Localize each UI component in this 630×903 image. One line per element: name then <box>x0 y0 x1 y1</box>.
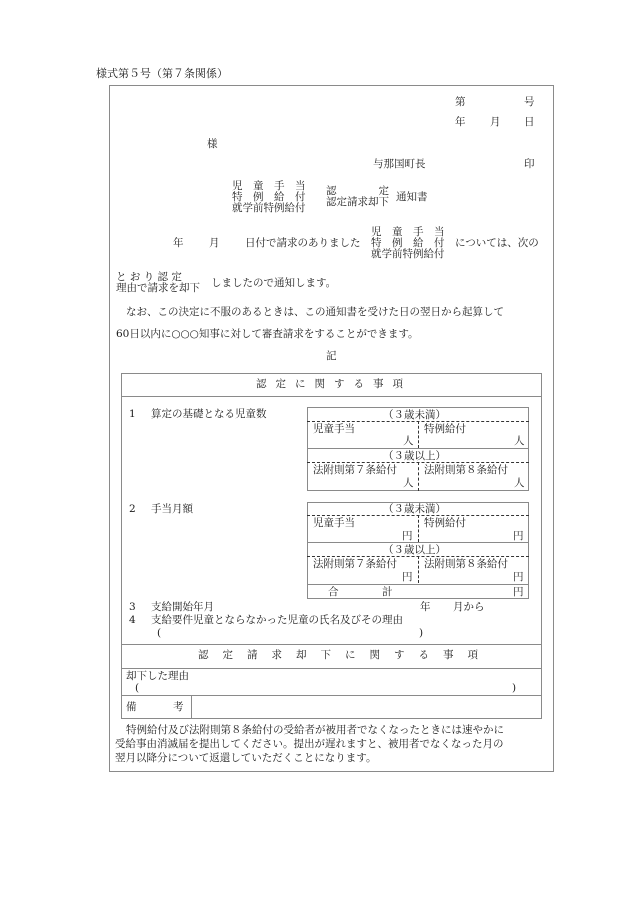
item4-label: 支給要件児童とならなかった児童の氏名及びその理由 <box>151 615 403 626</box>
rejection-reason-label: 却下した理由 <box>126 671 189 682</box>
count-cell-label: 法附則第８条給付 <box>424 465 508 476</box>
body-benefit-options: 児 童 手 当 特 例 給 付 就学前特例給付 <box>371 227 445 260</box>
count-cell-label: 児童手当 <box>313 424 355 435</box>
item4-close-paren: ) <box>419 628 423 639</box>
remarks-label-b: 考 <box>173 702 184 713</box>
divider <box>307 448 529 449</box>
rejection-open-paren: ( <box>135 683 139 694</box>
amount-unit: 円 <box>402 531 413 542</box>
body-line1-mid: 日付で請求のありました <box>245 238 361 249</box>
date-month-label: 月 <box>490 117 501 128</box>
divider <box>418 515 419 542</box>
amount-cell-label: 法附則第７条給付 <box>313 559 397 570</box>
count-unit: 人 <box>403 478 414 489</box>
item3-month-from: 月から <box>453 602 485 613</box>
amount-unit: 円 <box>513 572 524 583</box>
rejection-section-heading: 認定請求却下に関する事項 <box>198 650 492 661</box>
item3-number: 3 <box>129 602 136 613</box>
item4-number: 4 <box>129 615 136 626</box>
count-unit: 人 <box>514 478 525 489</box>
body-result-options: と お り 認 定 理由で請求を却下 <box>116 272 200 294</box>
footer-note-line2: 受給事由消滅届を提出してください。提出が遅れますと、被用者でなくなった月の <box>115 739 504 750</box>
count-cell-label: 特例給付 <box>424 424 466 435</box>
item4-open-paren: ( <box>157 628 161 639</box>
footer-note-line3: 翌月以降分について返還していただくことになります。 <box>115 753 376 764</box>
body-line1-end: については、次の <box>455 238 539 249</box>
item1-label: 算定の基礎となる児童数 <box>151 409 267 420</box>
divider <box>191 695 192 719</box>
total-label-b: 計 <box>382 587 393 598</box>
amount-unit: 円 <box>402 572 413 583</box>
divider <box>121 644 542 645</box>
form-label: 様式第５号（第７条関係） <box>96 68 228 79</box>
title-benefit-options: 児 童 手 当 特 例 給 付 就学前特例給付 <box>232 181 306 214</box>
appeal-notice-line1: なお、この決定に不服のあるときは、この通知書を受けた日の翌日から起算して <box>126 307 504 318</box>
divider <box>121 396 542 397</box>
footer-note-line1: 特例給付及び法附則第８条給付の受給者が被用者でなくなったときには速やかに <box>126 725 504 736</box>
divider <box>307 584 529 585</box>
remarks-label-a: 備 <box>126 702 137 713</box>
divider <box>121 668 542 669</box>
title-benefit-option: 就学前特例給付 <box>232 203 306 214</box>
item1-number: 1 <box>129 409 136 420</box>
count-unit: 人 <box>514 436 525 447</box>
amount-cell-label: 特例給付 <box>424 518 466 529</box>
amount-over3-label: （３歳以上） <box>383 545 446 556</box>
body-line2-end: しましたので通知します。 <box>211 278 336 289</box>
divider <box>121 695 542 696</box>
seal-mark: 印 <box>524 159 535 170</box>
title-decision-reject: 認定請求却下 <box>326 197 389 208</box>
appeal-notice-line2: 60日以内に○○○知事に対して審査請求をすることができます。 <box>116 329 419 340</box>
amount-cell-label: 法附則第８条給付 <box>424 559 508 570</box>
divider <box>418 556 419 583</box>
divider <box>307 542 529 543</box>
issuer-name: 与那国町長 <box>373 159 426 170</box>
date-day-label: 日 <box>524 117 535 128</box>
date-year-label: 年 <box>455 117 466 128</box>
addressee-suffix: 様 <box>207 139 218 150</box>
total-label-a: 合 <box>328 587 339 598</box>
approval-section-heading: 認定に関する事項 <box>256 379 412 390</box>
body-date-month: 月 <box>209 238 220 249</box>
body-date-year: 年 <box>173 238 184 249</box>
divider <box>418 421 419 448</box>
amount-under3-label: （３歳未満） <box>383 504 446 515</box>
count-cell-label: 法附則第７条給付 <box>313 465 397 476</box>
rejection-close-paren: ) <box>512 683 516 694</box>
total-unit: 円 <box>513 587 524 598</box>
doc-number-suffix: 号 <box>524 97 535 108</box>
item3-year: 年 <box>420 602 431 613</box>
title-decision-options: 認 定 認定請求却下 <box>326 186 389 208</box>
amount-cell-label: 児童手当 <box>313 518 355 529</box>
amount-unit: 円 <box>513 531 524 542</box>
divider <box>418 462 419 491</box>
item2-label: 手当月額 <box>151 504 193 515</box>
count-unit: 人 <box>403 436 414 447</box>
body-benefit-option: 就学前特例給付 <box>371 249 445 260</box>
title-suffix: 通知書 <box>396 192 428 203</box>
body-result-reject: 理由で請求を却下 <box>116 283 200 294</box>
item2-number: 2 <box>129 504 136 515</box>
count-over3-label: （３歳以上） <box>383 451 446 462</box>
item3-label: 支給開始年月 <box>151 602 214 613</box>
doc-number-prefix: 第 <box>455 97 466 108</box>
count-under3-label: （３歳未満） <box>383 410 446 421</box>
ki-marker: 記 <box>326 351 337 362</box>
